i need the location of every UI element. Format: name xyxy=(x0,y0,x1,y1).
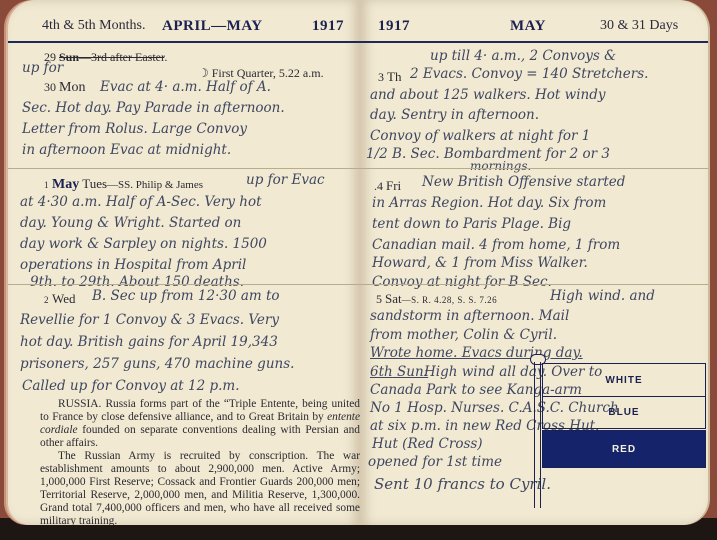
days-label: 30 & 31 Days xyxy=(600,18,678,34)
entry-2-date: 2 Wed xyxy=(44,291,76,307)
day-divider xyxy=(360,284,708,285)
day-name: Wed xyxy=(52,291,76,306)
header-rule xyxy=(8,41,360,43)
date-number: 1 xyxy=(44,180,49,190)
day-name: Th xyxy=(387,69,401,84)
flag-band-white: WHITE xyxy=(542,363,706,397)
left-page: 4th & 5th Months. APRIL—MAY 1917 29 Sun—… xyxy=(8,0,360,525)
day-name: Fri xyxy=(386,178,401,193)
printed-note: —SS. Philip & James xyxy=(107,179,203,191)
handwritten-line: Revellie for 1 Convoy & 3 Evacs. Very xyxy=(20,310,279,331)
day-divider xyxy=(8,168,360,169)
month-name: May xyxy=(52,177,79,192)
entry-4-date: .4 Fri xyxy=(374,178,401,194)
russia-paragraph-2: The Russian Army is recruited by conscri… xyxy=(40,450,360,525)
day-name: Sat xyxy=(385,291,402,306)
handwritten-line: at 4·30 a.m. Half of A-Sec. Very hot xyxy=(20,192,262,213)
handwritten-line: New British Offensive started xyxy=(422,172,625,193)
entry-1-date: 1 May Tues—SS. Philip & James xyxy=(44,176,203,193)
date-number: 30 xyxy=(44,80,56,94)
handwritten-line: day work & Sarpley on nights. 1500 xyxy=(20,234,267,255)
printed-note: —S. R. 4.28, S. S. 7.26 xyxy=(402,295,498,305)
day-divider xyxy=(8,284,360,285)
handwritten-line: Convoy at night for B Sec. xyxy=(372,272,552,293)
russia-info-block: RUSSIA. Russia forms part of the “Triple… xyxy=(40,398,360,525)
handwritten-line: sandstorm in afternoon. Mail xyxy=(370,306,569,327)
date-number: 2 xyxy=(44,295,49,305)
handwritten-line: in afternoon Evac at midnight. xyxy=(22,140,231,161)
handwritten-line: Sec. Hot day. Pay Parade in afternoon. xyxy=(22,98,285,119)
russia-paragraph-1: RUSSIA. Russia forms part of the “Triple… xyxy=(40,398,360,450)
handwritten-line: opened for 1st time xyxy=(368,452,502,473)
handwritten-line: prisoners, 257 guns, 470 machine guns. xyxy=(20,354,294,375)
handwritten-line: day. Young & Wright. Started on xyxy=(20,213,241,234)
flag-band-red: RED xyxy=(542,430,706,468)
section-lead: RUSSIA. xyxy=(58,398,101,410)
date-number: 5 xyxy=(376,292,382,306)
entry-3-date: 3 Th xyxy=(378,69,401,85)
page-year: 1917 xyxy=(378,18,410,35)
header-rule xyxy=(360,41,708,43)
entry-5-date: 5 Sat—S. R. 4.28, S. S. 7.26 xyxy=(376,291,497,307)
months-label: 4th & 5th Months. xyxy=(42,18,145,34)
handwritten-line: tent down to Paris Plage. Big xyxy=(372,214,571,235)
page-title: MAY xyxy=(510,18,546,35)
right-page-header: 1917 MAY 30 & 31 Days xyxy=(360,18,708,40)
handwritten-line: up for xyxy=(22,58,63,79)
handwritten-line: Evac at 4· a.m. Half of A. xyxy=(100,77,271,98)
handwritten-line: hot day. British gains for April 19,343 xyxy=(20,332,278,353)
left-page-header: 4th & 5th Months. APRIL—MAY 1917 xyxy=(8,18,360,40)
handwritten-line: in Arras Region. Hot day. Six from xyxy=(372,193,606,214)
handwritten-line: day. Sentry in afternoon. xyxy=(370,105,539,126)
printed-note: —3rd after Easter xyxy=(79,50,164,64)
entry-30-date: 30 Mon xyxy=(44,80,85,96)
flag-illustration: WHITE BLUE RED xyxy=(520,350,680,510)
page-title: APRIL—MAY xyxy=(162,18,263,35)
date-number: 3 xyxy=(378,70,384,84)
handwritten-line: Called up for Convoy at 12 p.m. xyxy=(22,376,240,397)
handwritten-line: High wind. and xyxy=(550,286,655,307)
day-divider xyxy=(360,168,708,169)
paragraph-text: founded on separate conventions dealing … xyxy=(40,424,360,449)
flag-band-blue: BLUE xyxy=(542,396,706,429)
flagpole-icon xyxy=(534,362,541,508)
date-number: .4 xyxy=(374,179,383,193)
page-year: 1917 xyxy=(312,18,344,35)
handwritten-line: B. Sec up from 12·30 am to xyxy=(92,286,280,307)
handwritten-line: and about 125 walkers. Hot windy xyxy=(370,85,605,106)
day-name: Mon xyxy=(59,80,85,95)
day-name: Tues xyxy=(82,176,107,191)
handwritten-line: Howard, & 1 from Miss Walker. xyxy=(372,253,588,274)
handwritten-line: Letter from Rolus. Large Convoy xyxy=(22,119,247,140)
date-number: 6th xyxy=(370,364,393,380)
handwritten-line: up for Evac xyxy=(246,170,325,191)
handwritten-line: 2 Evacs. Convoy = 140 Stretchers. xyxy=(410,64,648,85)
